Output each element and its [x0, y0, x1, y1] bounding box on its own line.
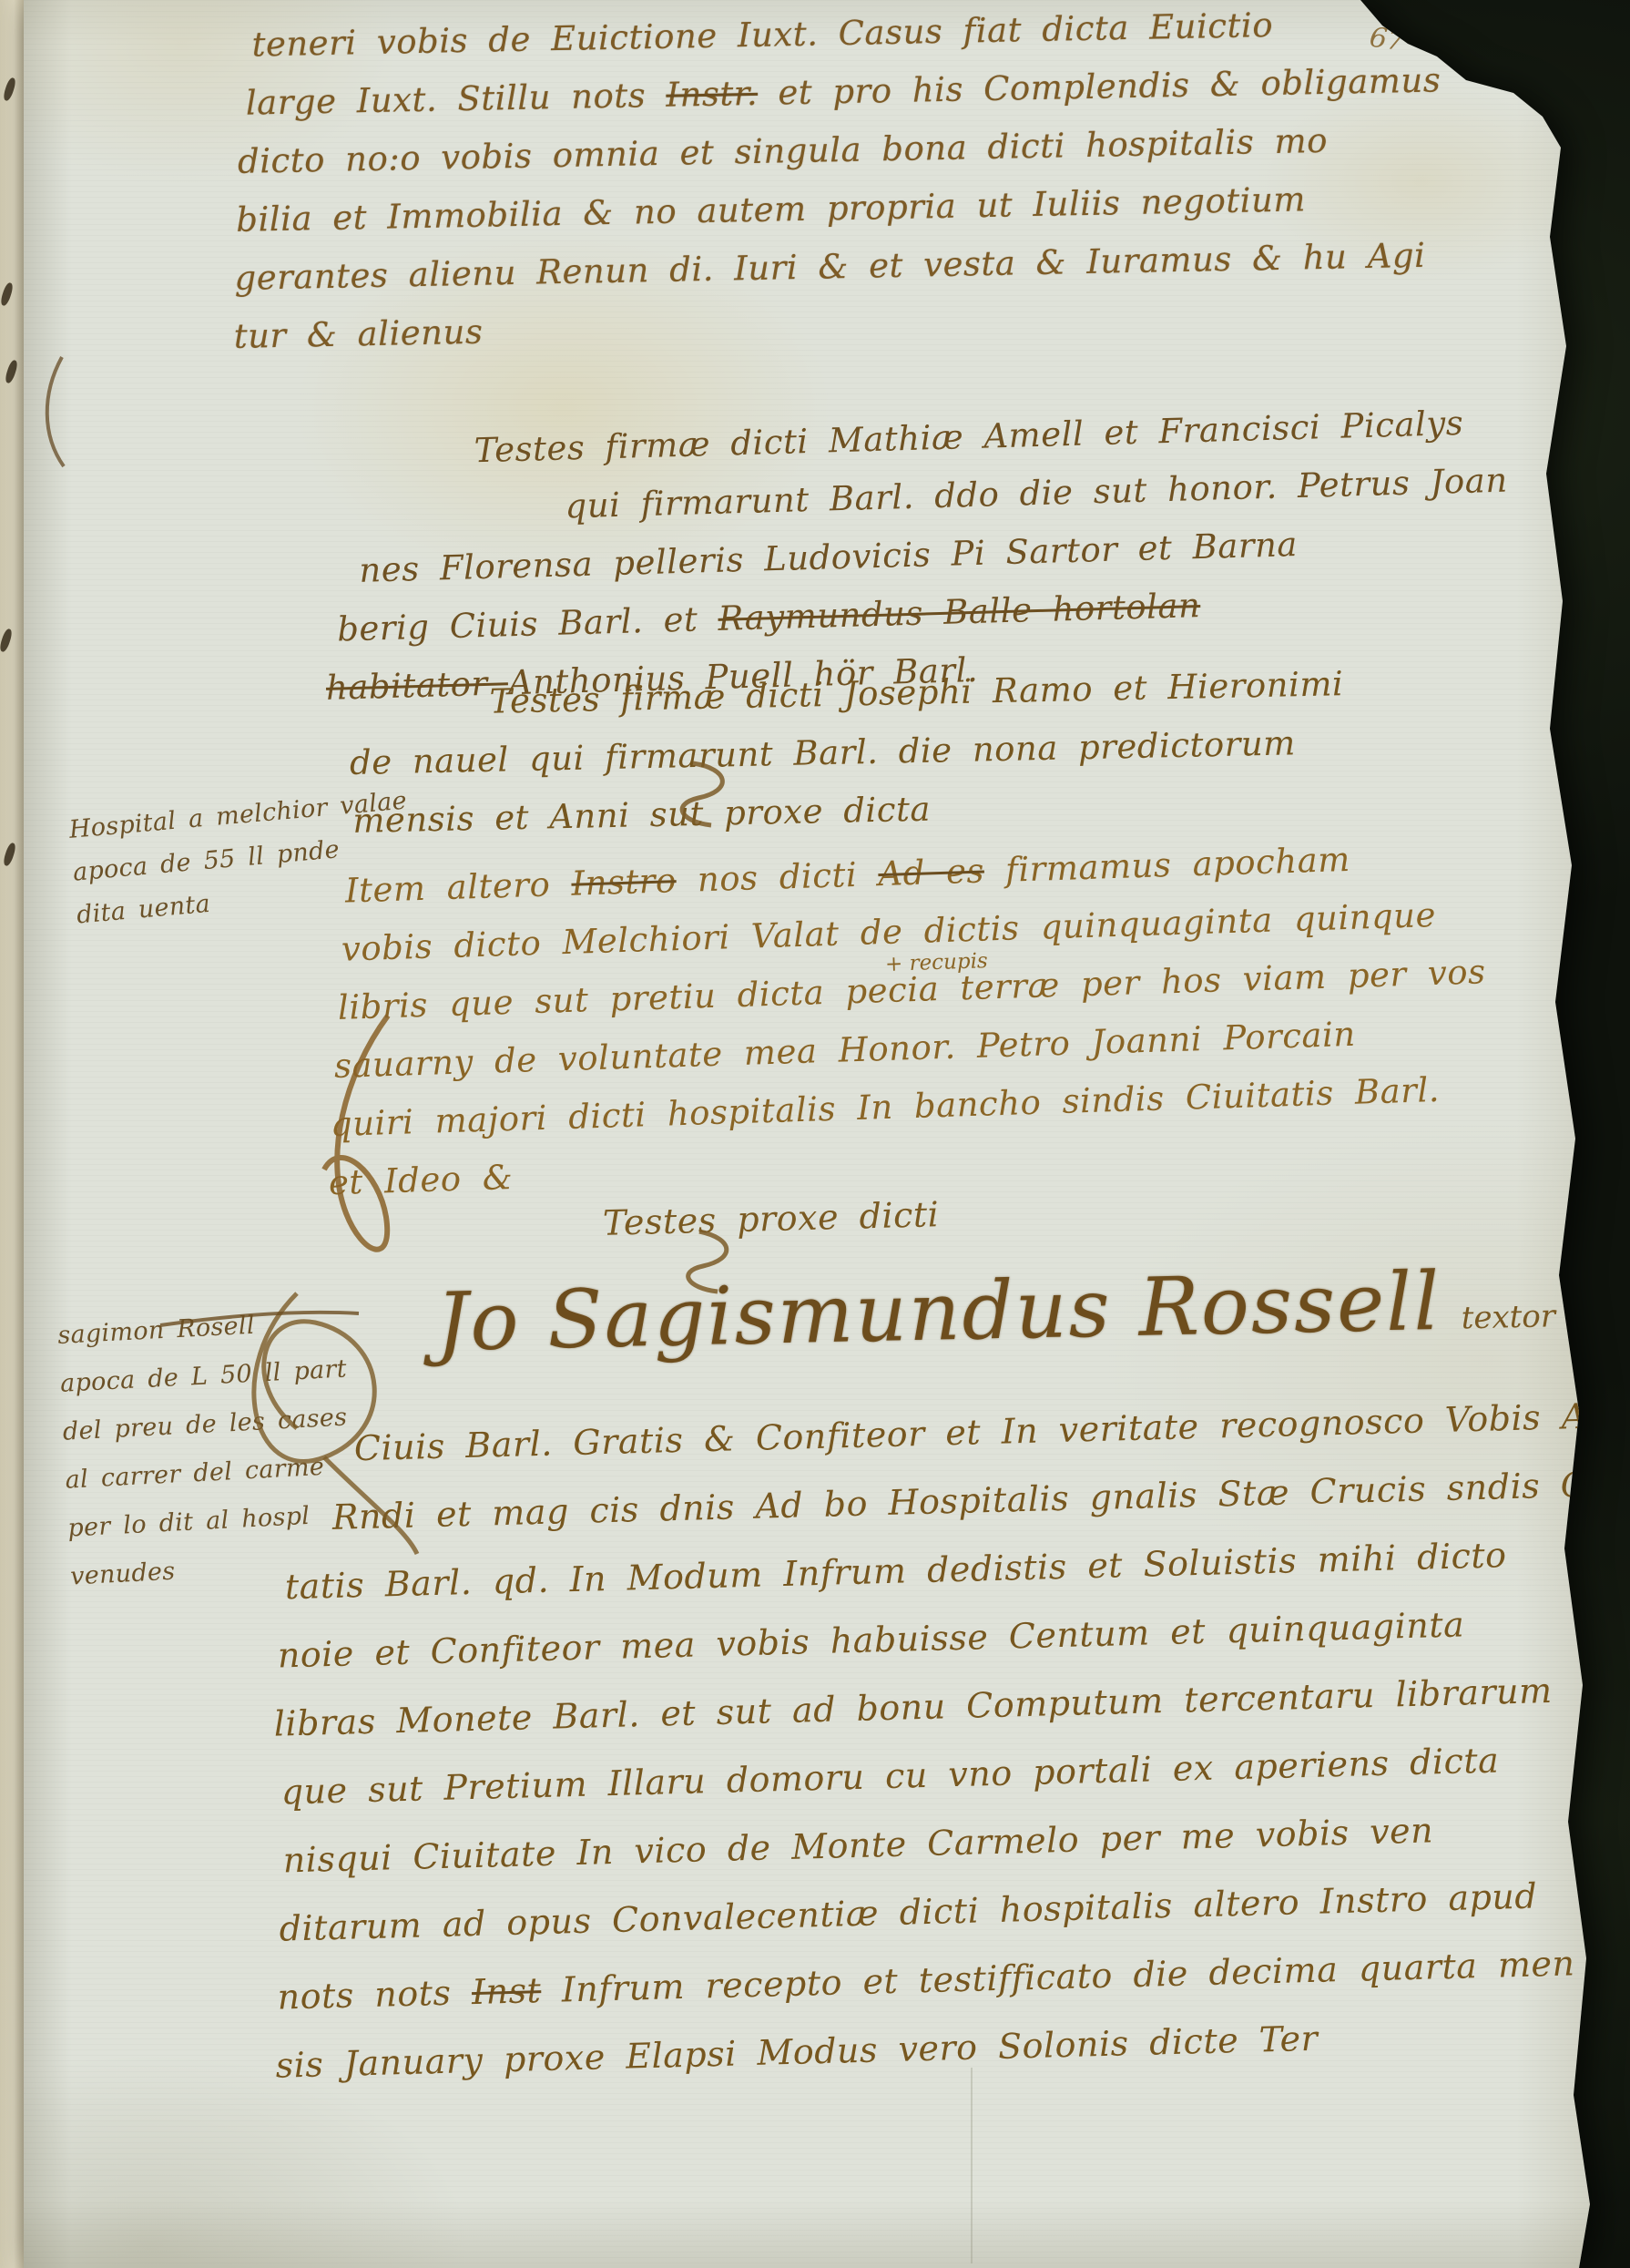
text-segment: venudes — [69, 1558, 176, 1591]
text-segment: apoca de L 50 ll part — [59, 1354, 347, 1397]
struck-text: Instro — [571, 861, 677, 904]
paragraph-apocha: Item altero Instro nos dicti Ad es firma… — [302, 826, 1492, 1212]
text-segment: et pro his Complendis & obligamus — [758, 60, 1442, 112]
flourish-paren — [47, 357, 64, 466]
manuscript-page: 67 teneri vobis de Euictione Iuxt. Casus… — [24, 0, 1612, 2268]
text-segment: de nauel qui firmarunt Barl. die nona pr… — [350, 723, 1297, 782]
paper-crease — [971, 2068, 973, 2263]
ink-mark — [4, 359, 19, 384]
paragraph-witnesses-2: Testes firmæ dicti Josephi Ramo et Hiero… — [348, 655, 1347, 851]
text-segment: teneri vobis de Euictione Iuxt. Casus fi… — [251, 5, 1273, 65]
text-segment: sis January proxe Elapsi Modus vero Solo… — [275, 2018, 1319, 2086]
struck-text: Instr. — [666, 74, 758, 115]
text-segment: dicto no:o vobis omnia et singula bona d… — [238, 121, 1329, 181]
page-wrap: 67 teneri vobis de Euictione Iuxt. Casus… — [24, 0, 1612, 2268]
text-segment: sagimon Rosell — [57, 1312, 256, 1350]
text-segment: mensis et Anni sut proxe dicta — [352, 790, 931, 841]
ink-mark — [0, 628, 14, 653]
ink-mark — [2, 842, 17, 867]
text-segment: per lo dit al hospl — [67, 1502, 311, 1543]
text-segment: tur & alienus — [233, 312, 483, 356]
text-segment: al carrer del carme — [65, 1453, 325, 1495]
notarial-signature-heading: Jo Sagismundus Rosselltextor lini — [435, 1251, 1615, 1369]
text-segment: nos dicti — [676, 854, 879, 900]
text-segment: firmamus apocham — [983, 840, 1350, 891]
text-segment: berig Ciuis Barl. et — [337, 599, 718, 649]
struck-text: Ad es — [878, 851, 985, 894]
text-segment: dita uenta — [76, 890, 211, 930]
struck-text: Inst — [471, 1970, 541, 2012]
margin-note-rossell: sagimon Rosellapoca de L 50 ll partdel p… — [56, 1297, 358, 1601]
struck-text: Raymundus Balle hortolan — [718, 586, 1201, 639]
signer-occupation: textor lini — [1461, 1297, 1615, 1337]
text-segment: Testes firmæ dicti Josephi Ramo et Hiero… — [489, 664, 1344, 721]
paragraph-recognition: Ciuis Barl. Gratis & Confiteor et In ver… — [259, 1381, 1630, 2100]
text-segment: Infrum recepto et testifficato die decim… — [541, 1943, 1575, 2010]
text-segment: et Ideo & — [328, 1158, 513, 1202]
text-segment: large Iuxt. Stillu nots — [245, 76, 666, 123]
signer-name: Jo Sagismundus Rossell — [435, 1254, 1442, 1369]
text-segment: bilia et Immobilia & no autem propria ut… — [236, 179, 1306, 240]
manuscript-photo: { "meta": { "folio": "67" }, "colors": {… — [0, 0, 1630, 2268]
ink-mark — [0, 281, 15, 307]
text-segment: nots nots — [277, 1972, 472, 2018]
witness-reference-line: Testes proxe dicti — [602, 1194, 939, 1243]
interlinear-insertion: + recupis — [885, 949, 989, 976]
text-segment: del preu de les cases — [62, 1403, 348, 1446]
paragraph-obligation: teneri vobis de Euictione Iuxt. Casus fi… — [228, 0, 1446, 366]
ink-mark — [2, 77, 17, 102]
